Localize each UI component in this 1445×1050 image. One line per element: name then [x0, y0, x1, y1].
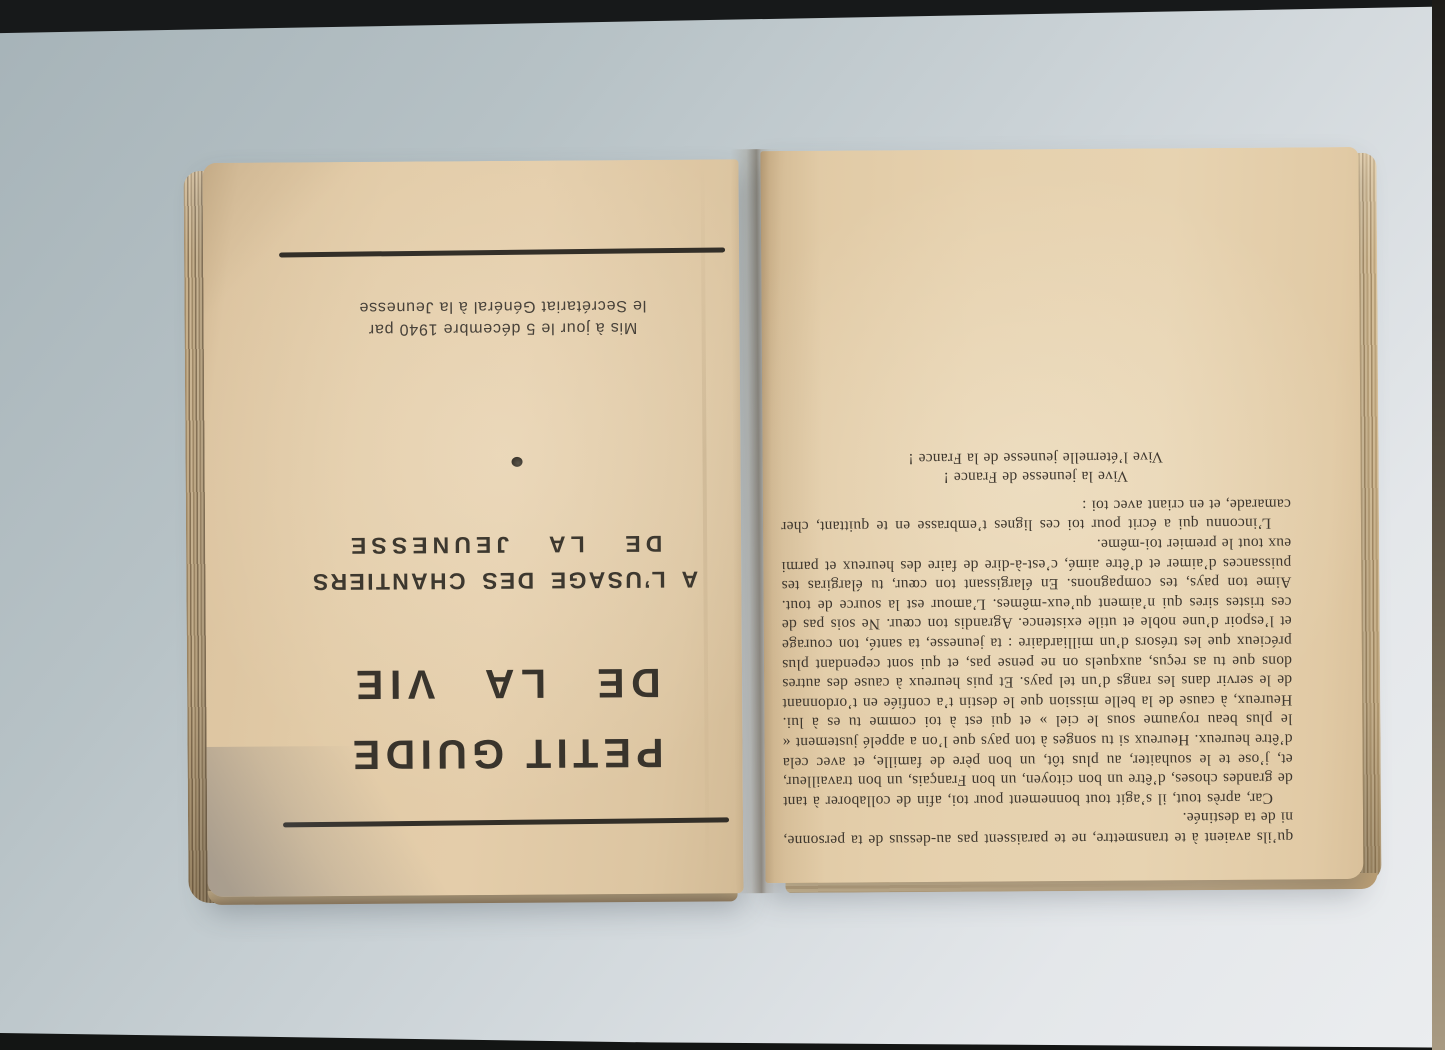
title-page-face-upside-down: PETIT GUIDE DE LA VIE A L’USAGE DES CHAN…: [202, 159, 743, 897]
title-rule-top: [283, 817, 729, 827]
book-title-line-2: DE LA VIE: [282, 658, 728, 708]
title-block: PETIT GUIDE DE LA VIE A L’USAGE DES CHAN…: [281, 529, 729, 778]
body-text-block: qu’ils avaient à te transmettre, ne te p…: [780, 446, 1293, 850]
cheer-line-1: Vive la jeunesse de France !: [781, 465, 1291, 488]
body-paragraph-3: L’inconnu qui a écrit pour toi ces ligne…: [781, 494, 1291, 537]
imprint-line-2: le Secrétariat Général à la Jeunesse: [279, 293, 725, 318]
imprint-line-1: Mis à jour le 5 décembre 1940 par: [280, 315, 726, 340]
scan-frame-right: [1432, 0, 1445, 1050]
book-photo: PETIT GUIDE DE LA VIE A L’USAGE DES CHAN…: [0, 0, 1445, 1050]
scan-frame-bottom: [0, 1030, 1445, 1050]
left-page: PETIT GUIDE DE LA VIE A L’USAGE DES CHAN…: [202, 159, 743, 897]
book-subtitle-line-2: DE LA JEUNESSE: [281, 529, 727, 559]
separator-dot: [512, 457, 523, 467]
title-rule-bottom: [279, 247, 725, 257]
book-title-line-1: PETIT GUIDE: [282, 728, 728, 778]
open-book: PETIT GUIDE DE LA VIE A L’USAGE DES CHAN…: [180, 139, 1381, 913]
book-subtitle-line-1: A L’USAGE DES CHANTIERS: [281, 565, 727, 595]
body-paragraph-1: qu’ils avaient à te transmettre, ne te p…: [783, 807, 1293, 850]
imprint-block: Mis à jour le 5 décembre 1940 par le Sec…: [279, 293, 725, 340]
right-page: qu’ils avaient à te transmettre, ne te p…: [760, 147, 1363, 883]
text-page-face-upside-down: qu’ils avaient à te transmettre, ne te p…: [760, 147, 1363, 883]
body-paragraph-2: Car, après tout, il s’agit tout bonnemen…: [781, 533, 1293, 811]
scan-frame-top: [0, 0, 1445, 36]
cheer-line-2: Vive l’éternelle jeunesse de la France !: [780, 446, 1290, 469]
